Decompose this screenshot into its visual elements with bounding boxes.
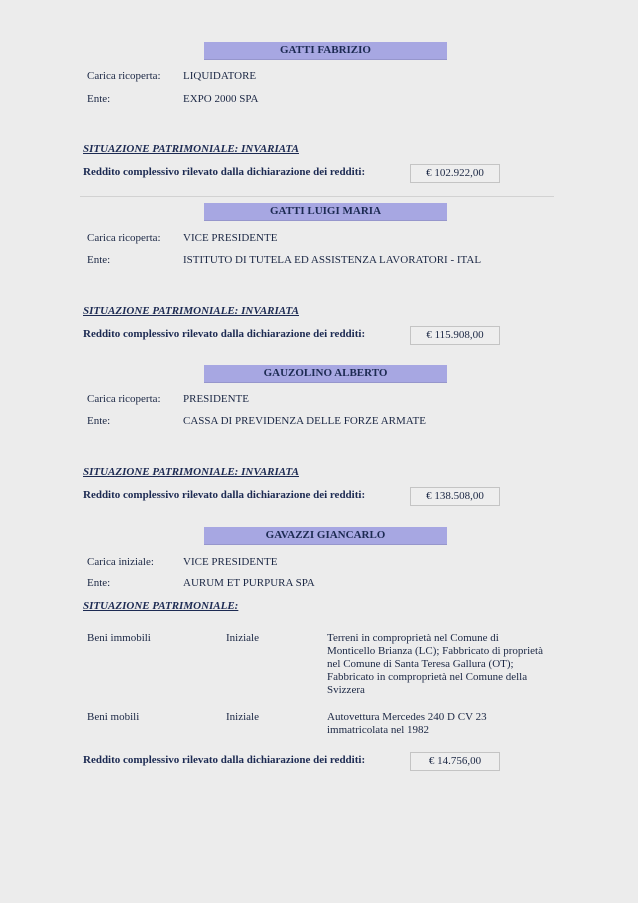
reddito-label: Reddito complessivo rilevato dalla dichi… xyxy=(83,166,365,179)
asset-description-line: immatricolata nel 1982 xyxy=(327,724,567,737)
document-page: GATTI FABRIZIO Carica ricoperta: LIQUIDA… xyxy=(0,0,638,903)
reddito-label: Reddito complessivo rilevato dalla dichi… xyxy=(83,754,365,767)
ente-label: Ente: xyxy=(87,577,110,590)
reddito-amount: € 14.756,00 xyxy=(410,752,500,771)
carica-label: Carica ricoperta: xyxy=(87,393,161,406)
person-name-header: GAVAZZI GIANCARLO xyxy=(204,527,447,545)
person-name-header: GATTI FABRIZIO xyxy=(204,42,447,60)
carica-value: VICE PRESIDENTE xyxy=(183,556,277,569)
carica-value: LIQUIDATORE xyxy=(183,70,256,83)
carica-label: Carica ricoperta: xyxy=(87,70,161,83)
asset-description-line: Svizzera xyxy=(327,684,567,697)
person-name-header: GATTI LUIGI MARIA xyxy=(204,203,447,221)
carica-value: PRESIDENTE xyxy=(183,393,249,406)
asset-description-line: Terreni in comproprietà nel Comune di xyxy=(327,632,567,645)
asset-type: Iniziale xyxy=(226,711,259,724)
situazione-patrimoniale-heading: SITUAZIONE PATRIMONIALE: INVARIATA xyxy=(83,305,299,318)
ente-value: ISTITUTO DI TUTELA ED ASSISTENZA LAVORAT… xyxy=(183,254,481,267)
ente-value: AURUM ET PURPURA SPA xyxy=(183,577,315,590)
reddito-label: Reddito complessivo rilevato dalla dichi… xyxy=(83,328,365,341)
ente-value: EXPO 2000 SPA xyxy=(183,93,258,106)
asset-description-line: nel Comune di Santa Teresa Gallura (OT); xyxy=(327,658,567,671)
asset-description: Terreni in comproprietà nel Comune di Mo… xyxy=(327,632,567,697)
asset-type: Iniziale xyxy=(226,632,259,645)
asset-category: Beni immobili xyxy=(87,632,151,645)
carica-label: Carica ricoperta: xyxy=(87,232,161,245)
asset-category: Beni mobili xyxy=(87,711,139,724)
reddito-label: Reddito complessivo rilevato dalla dichi… xyxy=(83,489,365,502)
reddito-amount: € 138.508,00 xyxy=(410,487,500,506)
asset-description-line: Monticello Brianza (LC); Fabbricato di p… xyxy=(327,645,567,658)
carica-value: VICE PRESIDENTE xyxy=(183,232,277,245)
situazione-patrimoniale-heading: SITUAZIONE PATRIMONIALE: xyxy=(83,600,238,613)
ente-value: CASSA DI PREVIDENZA DELLE FORZE ARMATE xyxy=(183,415,426,428)
reddito-amount: € 102.922,00 xyxy=(410,164,500,183)
person-name-header: GAUZOLINO ALBERTO xyxy=(204,365,447,383)
asset-description: Autovettura Mercedes 240 D CV 23 immatri… xyxy=(327,711,567,737)
situazione-patrimoniale-heading: SITUAZIONE PATRIMONIALE: INVARIATA xyxy=(83,143,299,156)
section-divider xyxy=(80,196,554,197)
asset-description-line: Autovettura Mercedes 240 D CV 23 xyxy=(327,711,567,724)
reddito-amount: € 115.908,00 xyxy=(410,326,500,345)
ente-label: Ente: xyxy=(87,254,110,267)
ente-label: Ente: xyxy=(87,93,110,106)
ente-label: Ente: xyxy=(87,415,110,428)
situazione-patrimoniale-heading: SITUAZIONE PATRIMONIALE: INVARIATA xyxy=(83,466,299,479)
asset-description-line: Fabbricato in comproprietà nel Comune de… xyxy=(327,671,567,684)
carica-label: Carica iniziale: xyxy=(87,556,154,569)
